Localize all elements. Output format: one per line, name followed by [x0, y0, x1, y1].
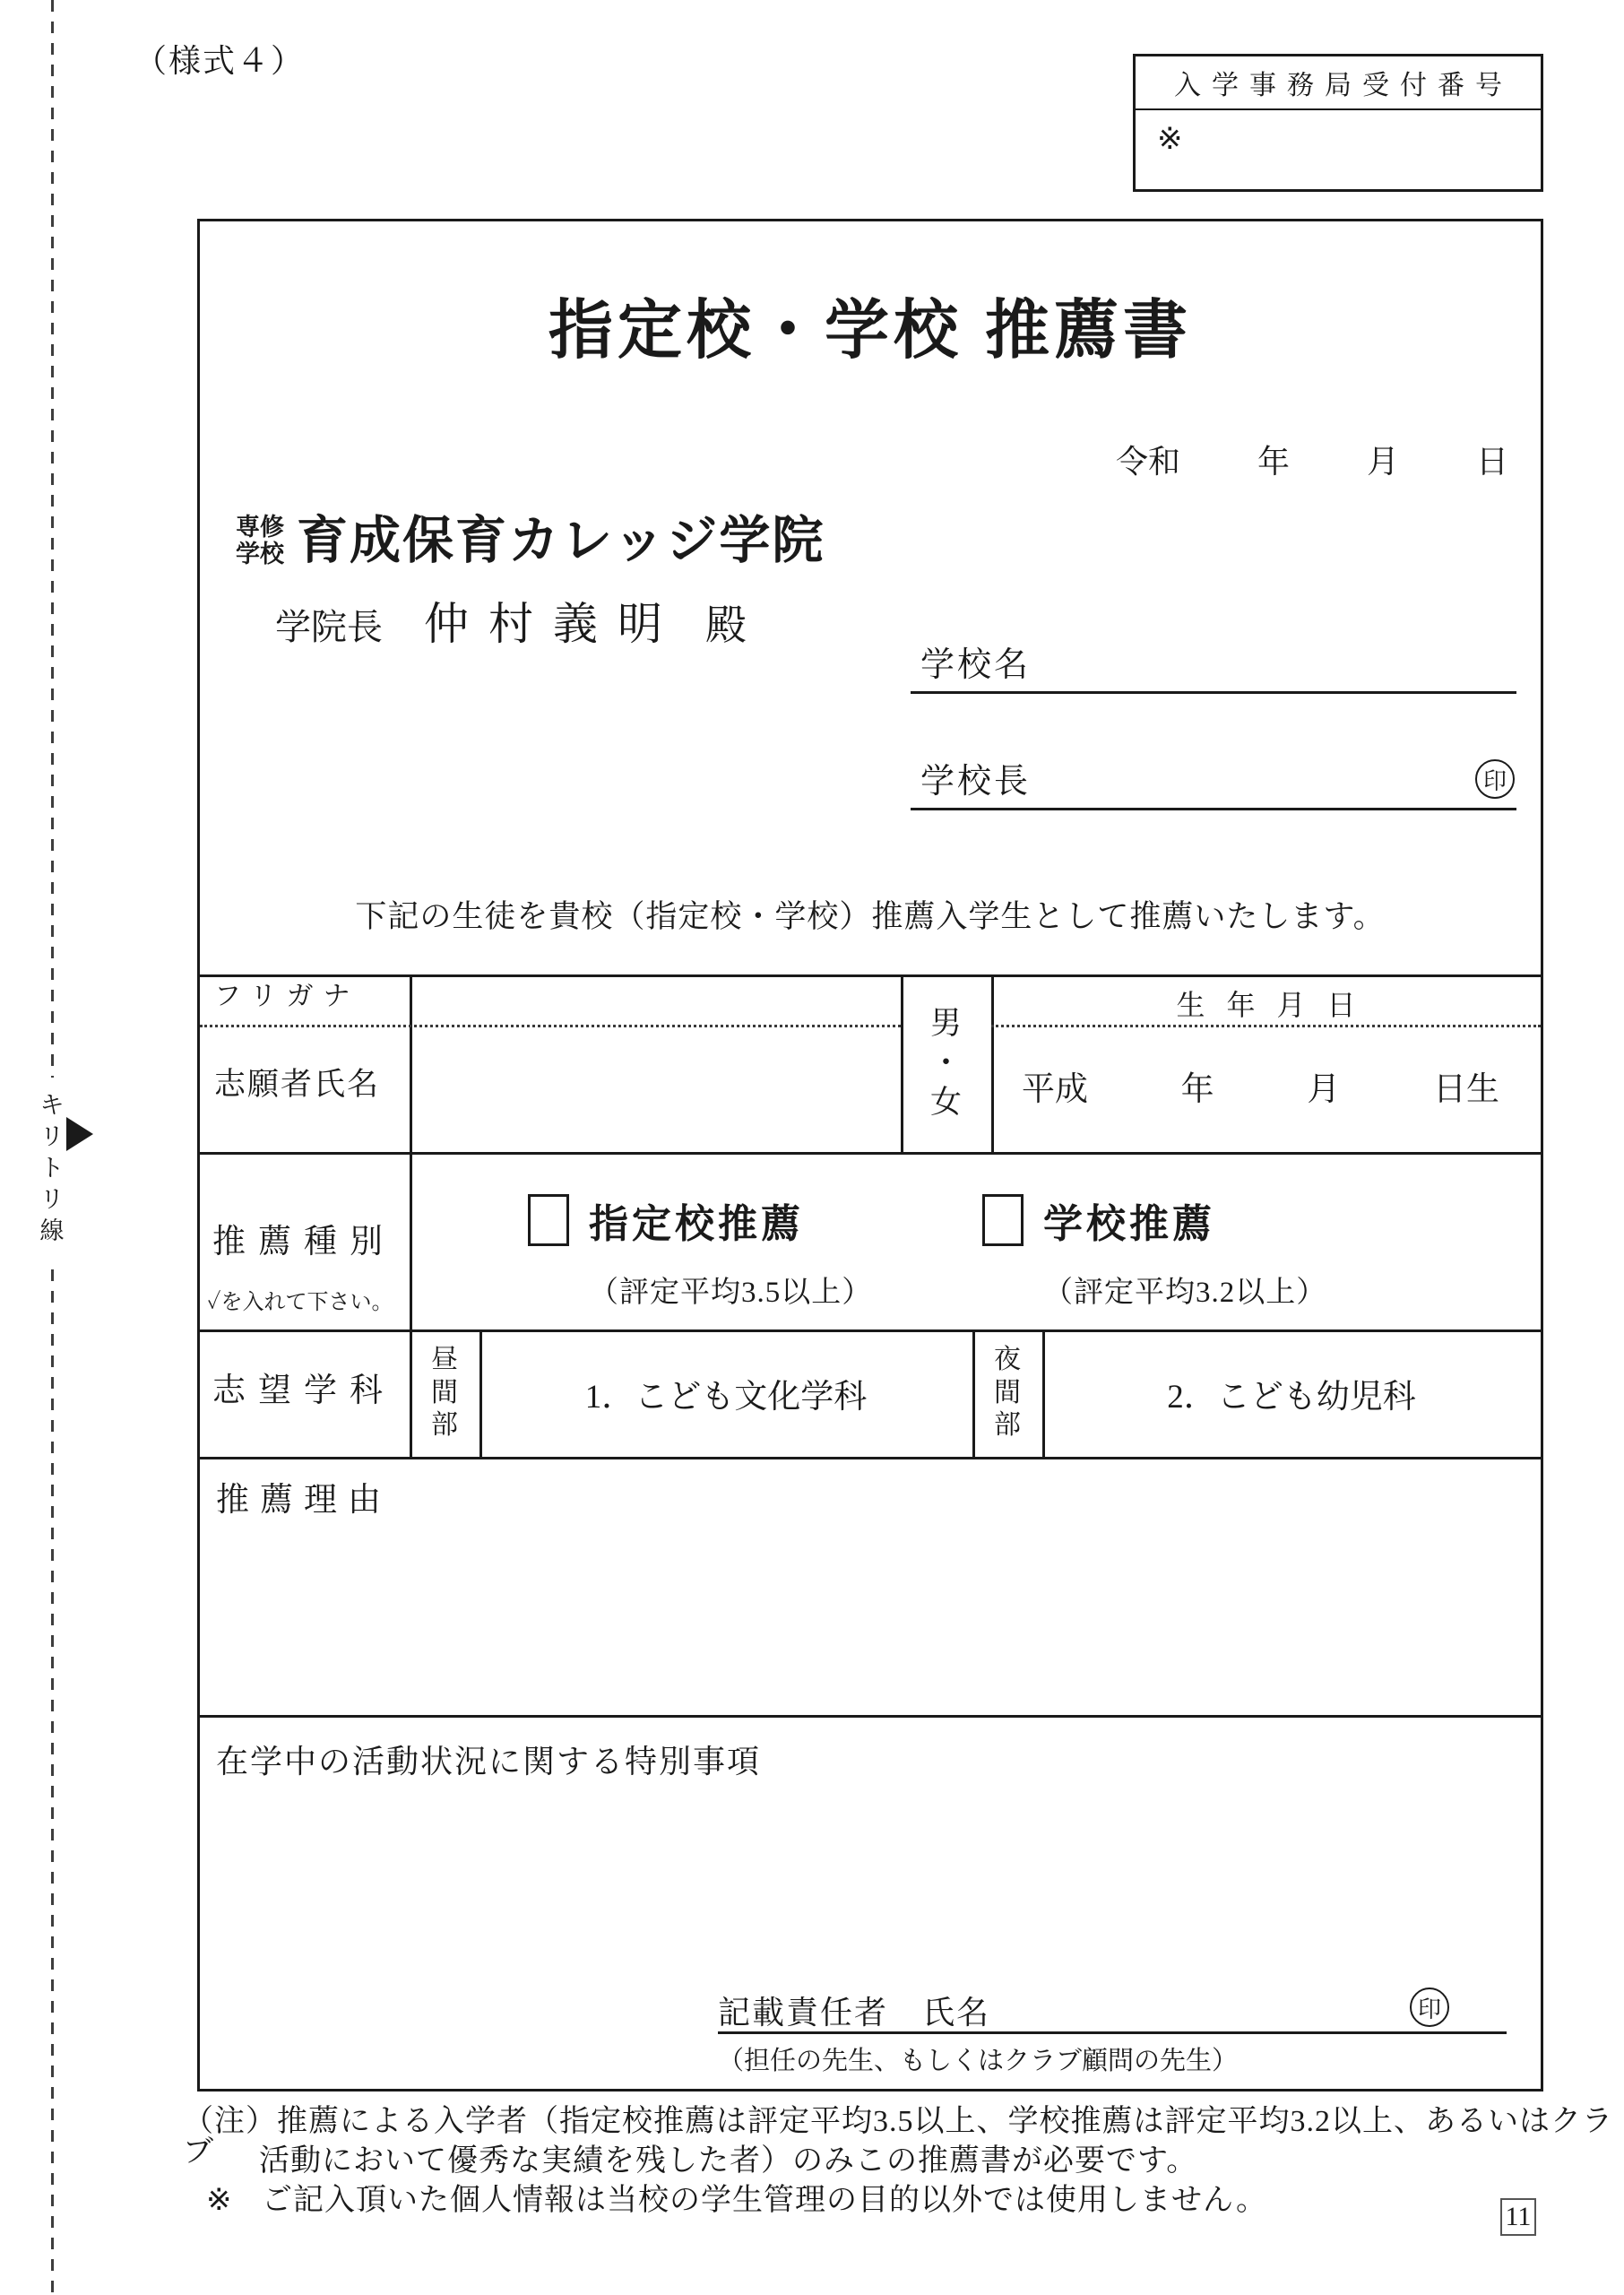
school-name-fill-line[interactable] [911, 691, 1516, 694]
writer-name-label: 記載責任者 氏名 [718, 1996, 990, 2029]
birthdate-entry-line[interactable]: 平成 年 月 日生 [991, 1073, 1541, 1106]
form-title: 指定校・学校 推薦書 [200, 299, 1541, 363]
writer-seal-mark: 印 [1410, 1988, 1449, 2027]
date-line: 令和年月日 [1116, 446, 1508, 478]
applicant-name-entry-area[interactable] [415, 980, 899, 1148]
day-division-tag: 昼間部 [410, 1329, 479, 1457]
activities-label: 在学中の活動状況に関する特別事項 [216, 1745, 761, 1778]
furigana-label: フリガナ [214, 983, 360, 1010]
date-year-label: 年 [1257, 446, 1290, 478]
scissors-arrow-icon [66, 1117, 93, 1151]
applicant-name-label: 志願者氏名 [214, 1069, 380, 1100]
desired-department-label: 志望学科 [212, 1374, 395, 1407]
footer-note1-line2: 活動において優秀な実績を残した者）のみこの推薦書が必要です。 [259, 2146, 1197, 2177]
birth-day-label: 日生 [1433, 1073, 1499, 1106]
school-type-label: 専修 学校 [236, 514, 284, 567]
writer-note: （担任の先生、もしくはクラブ顧問の先生） [718, 2048, 1238, 2074]
reason-label: 推薦理由 [216, 1484, 392, 1517]
designated-school-checkbox[interactable] [528, 1194, 569, 1246]
day-department-option[interactable]: 1．こども文化学科 [479, 1329, 972, 1457]
birthdate-header: 生年月日 [991, 991, 1541, 1019]
reason-entry-area[interactable] [209, 1530, 1532, 1706]
gender-options: 男・女 [928, 1004, 965, 1122]
recommendation-statement: 下記の生徒を貴校（指定校・学校）推薦入学生として推薦いたします。 [200, 892, 1541, 937]
principal-fill-line[interactable] [911, 808, 1516, 810]
school-recommendation-checkbox[interactable] [982, 1194, 1024, 1246]
issuing-school-line: 専修 学校 育成保育カレッジ学院 [236, 514, 825, 567]
birth-month-label: 月 [1307, 1073, 1340, 1106]
date-era: 令和 [1116, 446, 1180, 478]
issuing-school-name: 育成保育カレッジ学院 [297, 515, 825, 567]
school-name-field-label: 学校名 [920, 648, 1031, 682]
school-recommendation-label: 学校推薦 [1043, 1191, 1215, 1249]
receipt-box-title: 入学事務局受付番号 [1136, 56, 1541, 110]
birth-year-label: 年 [1181, 1073, 1214, 1106]
writer-name-fill-line[interactable] [718, 2031, 1507, 2034]
designated-school-label: 指定校推薦 [589, 1191, 804, 1249]
form-page: キリトリ線 （様式４） 入学事務局受付番号 ※ 指定校・学校 推薦書 令和年月日… [0, 0, 1624, 2295]
receipt-number-box: 入学事務局受付番号 ※ [1133, 54, 1543, 192]
footer-note2-mark: ※ [206, 2186, 233, 2216]
checkmark-instruction: ✓を入れて下さい。 [207, 1292, 393, 1313]
cut-line-label: キリトリ線 [35, 1078, 69, 1263]
night-department-option[interactable]: 2．こども幼児科 [1042, 1329, 1541, 1457]
principal-field-label: 学校長 [920, 765, 1031, 799]
table-border [200, 974, 1541, 977]
option-designated-school: 指定校推薦 （評定平均3.5以上） [528, 1191, 872, 1311]
date-day-label: 日 [1476, 446, 1508, 478]
birth-era: 平成 [1022, 1073, 1088, 1106]
night-division-tag: 夜間部 [972, 1329, 1042, 1457]
addressee-name: 仲村義明 [424, 602, 682, 646]
footer-note2-text: ご記入頂いた個人情報は当校の学生管理の目的以外では使用しません。 [262, 2186, 1267, 2216]
receipt-note-mark: ※ [1136, 110, 1541, 157]
page-number-badge: 11 [1500, 2198, 1536, 2236]
activities-entry-area[interactable] [209, 1796, 1532, 1966]
addressee-line: 学院長 仲村義明 殿 [275, 602, 747, 646]
school-recommendation-condition: （評定平均3.2以上） [1043, 1269, 1326, 1311]
designated-school-condition: （評定平均3.5以上） [589, 1269, 872, 1311]
table-border [200, 1152, 1541, 1155]
addressee-honorific: 殿 [705, 605, 747, 646]
date-month-label: 月 [1367, 446, 1399, 478]
table-border [200, 1715, 1541, 1718]
addressee-title: 学院長 [275, 610, 383, 645]
recommendation-type-label: 推薦種別 [212, 1225, 395, 1259]
birthdate-separator-dotted [991, 1025, 1541, 1027]
principal-seal-mark: 印 [1475, 759, 1515, 799]
gender-selector[interactable]: 男・女 [901, 974, 991, 1152]
table-border [200, 1457, 1541, 1459]
option-school-recommendation: 学校推薦 （評定平均3.2以上） [982, 1191, 1326, 1311]
main-form-box: 指定校・学校 推薦書 令和年月日 専修 学校 育成保育カレッジ学院 学院長 仲村… [197, 219, 1543, 2091]
form-code: （様式４） [134, 45, 305, 77]
